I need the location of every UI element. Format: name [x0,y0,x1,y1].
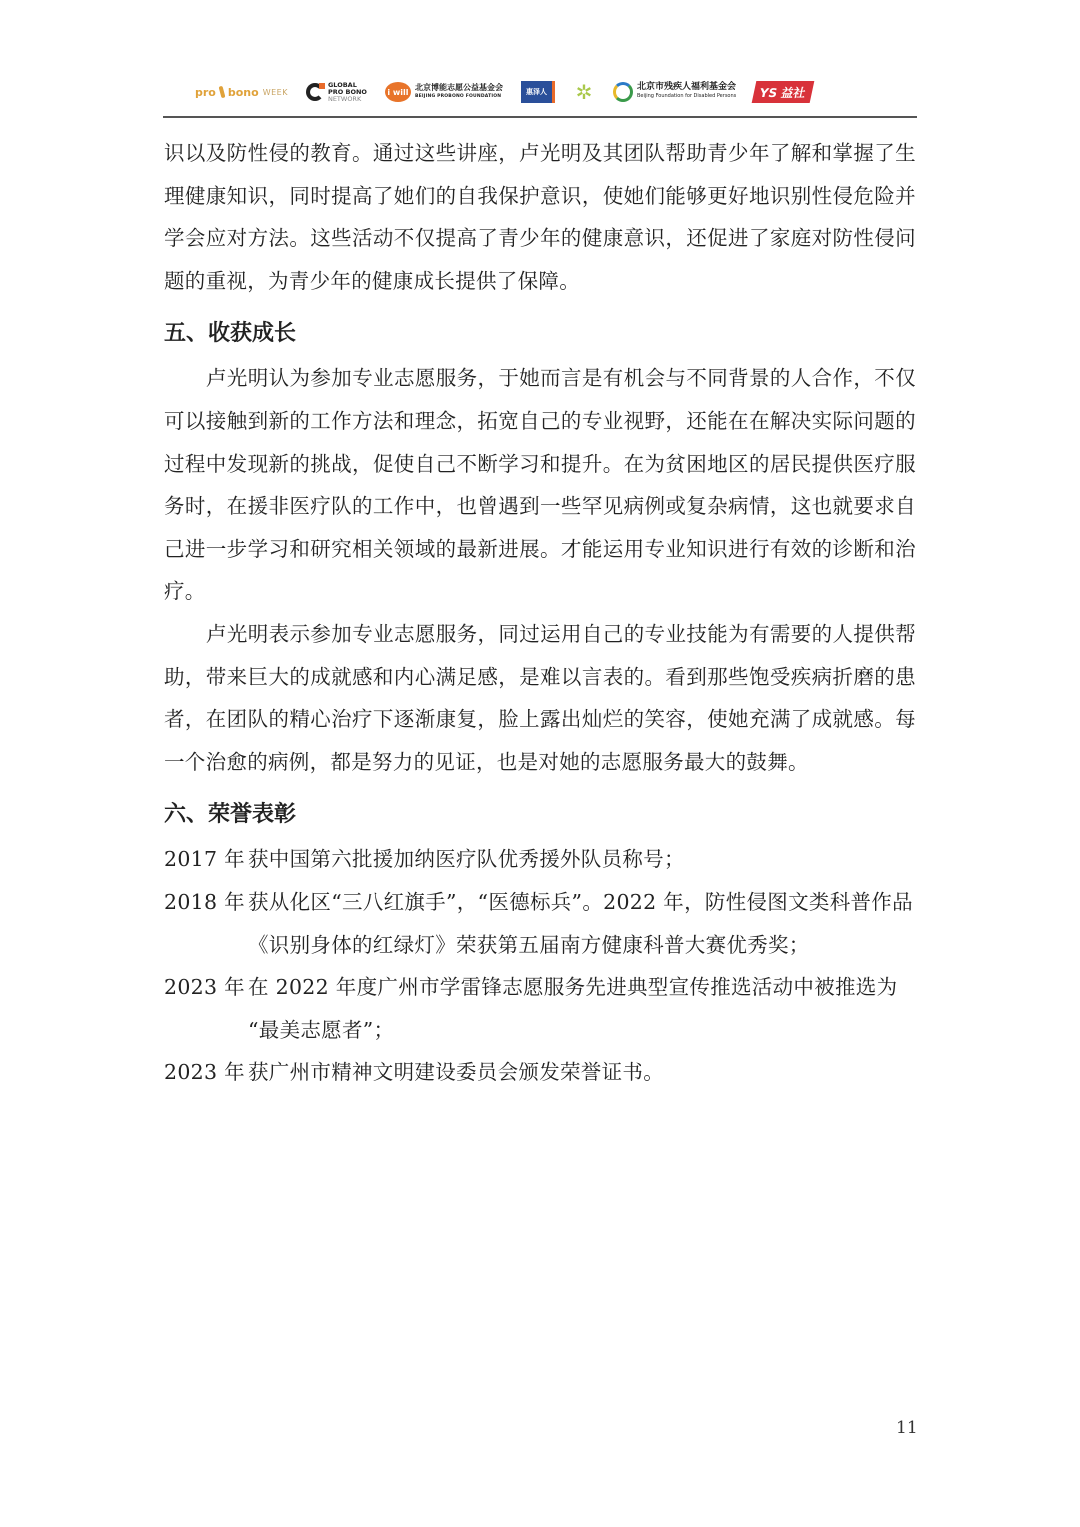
honor-item: 2018 年 获从化区“三八红旗手”，“医德标兵”。2022 年，防性侵图文类科… [164,881,916,966]
honor-year: 2023 年 [164,1051,248,1094]
global-pro-bono-network-logo: GLOBAL PRO BONO NETWORK [306,77,367,107]
honor-item: 2023 年 在 2022 年度广州市学雷锋志愿服务先进典型宣传推选活动中被推选… [164,966,916,1051]
page-number: 11 [896,1418,918,1438]
section-heading-honors: 六、荣誉表彰 [164,797,916,828]
beijing-probono-foundation-logo: i will 北京博能志愿公益基金会 BEIJING PROBONO FOUND… [385,77,503,107]
header-divider [163,116,917,118]
logo-text-block: 北京市残疾人福利基金会 Beijing Foundation for Disab… [637,83,736,101]
yishe-logo: YS 益社 [752,81,814,103]
document-page: pro bono WEEK GLOBAL PRO BONO NETWORK i … [0,0,1080,1527]
logo-text-block: GLOBAL PRO BONO NETWORK [328,82,367,103]
honor-text: 《识别身体的红绿灯》荣获第五届南方健康科普大赛优秀奖； [248,924,916,967]
honor-text: 在 2022 年度广州市学雷锋志愿服务先进典型宣传推选活动中被推选为 [248,966,916,1009]
growth-paragraph-2: 卢光明表示参加专业志愿服务，同过运用自己的专业技能为有需要的人提供帮助，带来巨大… [164,613,916,783]
honor-year: 2023 年 [164,966,248,1051]
huize-logo: 惠泽人 [521,81,555,103]
intro-paragraph: 识以及防性侵的教育。通过这些讲座，卢光明及其团队帮助青少年了解和掌握了生理健康知… [164,132,916,302]
honor-text: 获广州市精神文明建设委员会颁发荣誉证书。 [248,1051,916,1094]
honor-item: 2023 年 获广州市精神文明建设委员会颁发荣誉证书。 [164,1051,916,1094]
section-heading-growth: 五、收获成长 [164,316,916,347]
growth-paragraph-1: 卢光明认为参加专业志愿服务，于她而言是有机会与不同背景的人合作，不仅可以接触到新… [164,357,916,613]
honor-year: 2018 年 [164,881,248,966]
logo-text: 北京市残疾人福利基金会 [637,83,736,92]
beijing-foundation-disabled-logo: 北京市残疾人福利基金会 Beijing Foundation for Disab… [613,77,736,107]
logo-text: pro [195,86,216,99]
honor-text: 获中国第六批援加纳医疗队优秀援外队员称号； [248,838,916,881]
honor-year: 2017 年 [164,838,248,881]
star-logo-icon: ✲ [573,81,595,103]
honor-text: “最美志愿者”； [248,1009,916,1052]
flag-icon [218,86,225,99]
header-logo-bar: pro bono WEEK GLOBAL PRO BONO NETWORK i … [195,76,885,108]
ring-icon [306,83,324,101]
logo-text: WEEK [263,88,288,97]
logo-text-block: 北京博能志愿公益基金会 BEIJING PROBONO FOUNDATION [415,83,503,101]
iwill-badge-icon: i will [385,82,411,102]
honor-text: 获从化区“三八红旗手”，“医德标兵”。2022 年，防性侵图文类科普作品 [248,881,916,924]
logo-text: NETWORK [328,96,367,103]
main-content: 识以及防性侵的教育。通过这些讲座，卢光明及其团队帮助青少年了解和掌握了生理健康知… [164,132,916,1094]
honor-text-block: 获从化区“三八红旗手”，“医德标兵”。2022 年，防性侵图文类科普作品 《识别… [248,881,916,966]
logo-text: bono [228,86,259,99]
logo-text: 北京博能志愿公益基金会 [415,83,503,92]
honor-item: 2017 年 获中国第六批援加纳医疗队优秀援外队员称号； [164,838,916,881]
circle-emblem-icon [613,82,633,102]
pro-bono-week-logo: pro bono WEEK [195,77,288,107]
honor-text-block: 在 2022 年度广州市学雷锋志愿服务先进典型宣传推选活动中被推选为 “最美志愿… [248,966,916,1051]
logo-text: Beijing Foundation for Disabled Persons [637,92,736,101]
logo-text: BEIJING PROBONO FOUNDATION [415,92,503,101]
